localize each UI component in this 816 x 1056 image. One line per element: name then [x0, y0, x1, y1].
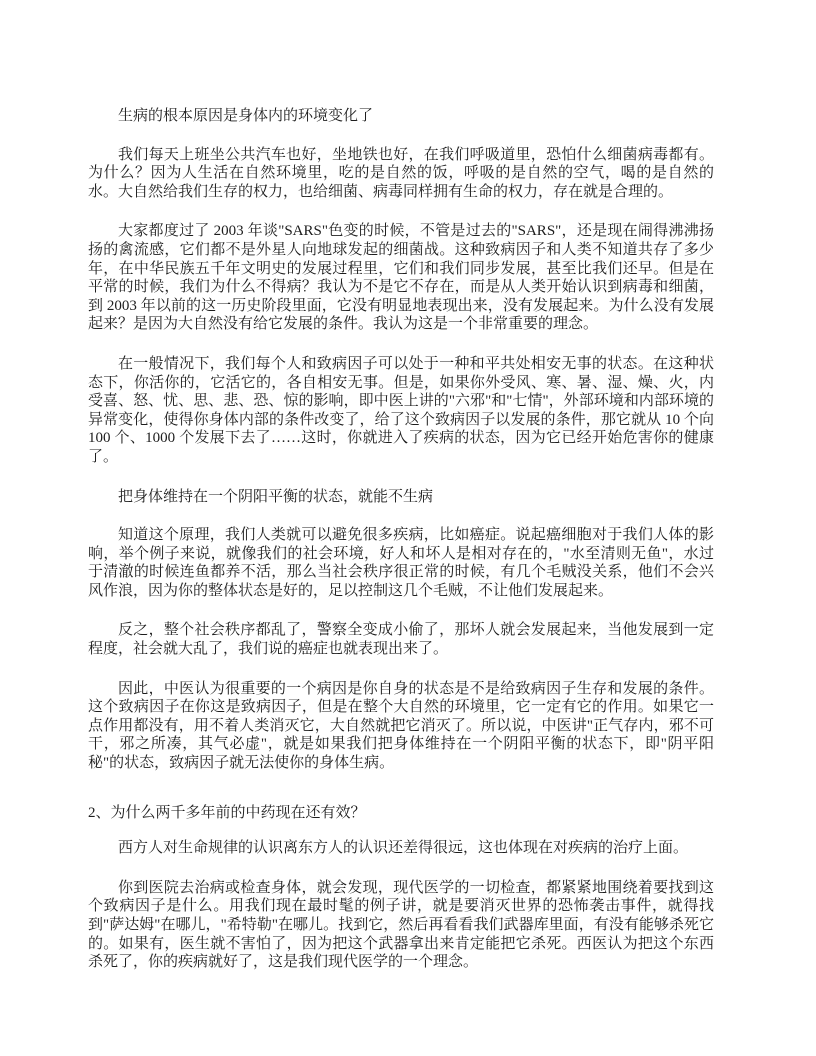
- paragraph-modern-medicine-weapons: 你到医院去治病或检查身体，就会发现，现代医学的一切检查，都紧紧地围绕着要找到这个…: [88, 879, 714, 972]
- paragraph-peaceful-coexistence: 在一般情况下，我们每个人和致病因子可以处于一种和平共处相安无事的状态。在这种状态…: [88, 355, 714, 467]
- paragraph-commute-bacteria: 我们每天上班坐公共汽车也好，坐地铁也好，在我们呼吸道里，恐怕什么细菌病毒都有。为…: [88, 146, 714, 202]
- paragraph-cancer-society-analogy: 知道这个原理，我们人类就可以避免很多疾病，比如癌症。说起癌细胞对于我们人体的影响…: [88, 526, 714, 600]
- paragraph-sars-2003: 大家都度过了 2003 年谈"SARS"色变的时候，不管是过去的"SARS"，还…: [88, 222, 714, 334]
- paragraph-west-east-gap: 西方人对生命规律的认识离东方人的认识还差得很远，这也体现在对疾病的治疗上面。: [88, 839, 714, 858]
- section-heading-yin-yang-balance: 把身体维持在一个阴阳平衡的状态，就能不生病: [88, 488, 714, 507]
- section-heading-disease-cause: 生病的根本原因是身体内的环境变化了: [88, 107, 714, 126]
- section-why-tcm-still-works: 2、为什么两千多年前的中药现在还有效？ 西方人对生命规律的认识离东方人的认识还差…: [88, 804, 714, 972]
- section-heading-why-tcm-still-works: 2、为什么两千多年前的中药现在还有效？: [88, 804, 714, 823]
- paragraph-tcm-pathogen-conditions: 因此，中医认为很重要的一个病因是你自身的状态是不是给致病因子生存和发展的条件。这…: [88, 680, 714, 773]
- paragraph-social-disorder: 反之，整个社会秩序都乱了，警察全变成小偷了，那坏人就会发展起来，当他发展到一定程…: [88, 621, 714, 658]
- section-disease-cause: 生病的根本原因是身体内的环境变化了 我们每天上班坐公共汽车也好，坐地铁也好，在我…: [88, 107, 714, 467]
- section-yin-yang-balance: 把身体维持在一个阴阳平衡的状态，就能不生病 知道这个原理，我们人类就可以避免很多…: [88, 488, 714, 773]
- document-page: 生病的根本原因是身体内的环境变化了 我们每天上班坐公共汽车也好，坐地铁也好，在我…: [0, 0, 816, 1056]
